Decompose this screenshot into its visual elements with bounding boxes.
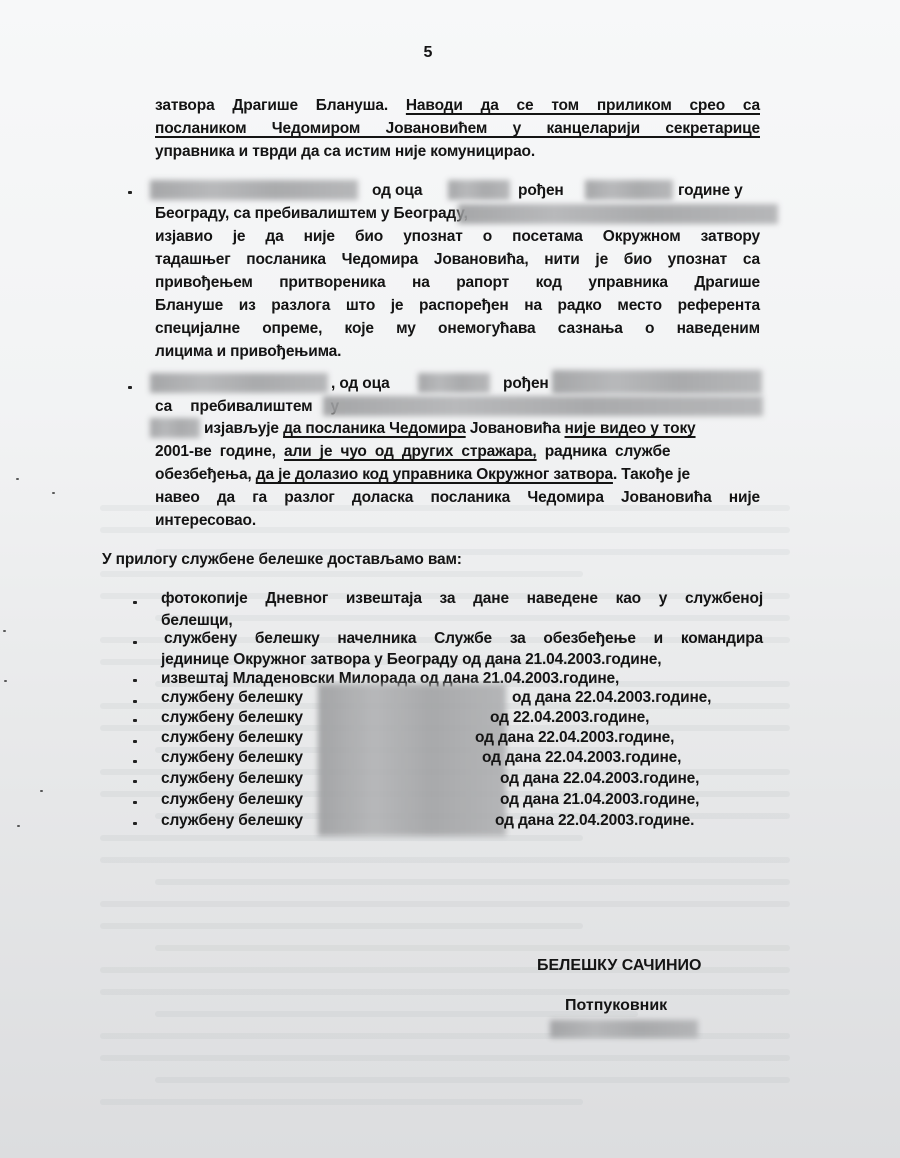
statement-2-line-5: обезбеђења, да је долазио код управника … [155,466,690,484]
scan-speck [4,680,7,682]
intro-line-3: управника и тврди да са истим није комун… [155,143,535,161]
scan-speck [52,492,55,494]
document-page: 5 затвора Драгише Блануша. Наводи да се … [0,0,900,1158]
page-number: 5 [0,44,856,62]
bullet-icon [133,822,137,825]
bullet-icon [133,679,137,682]
redacted-birth-date [585,180,673,200]
redacted-address [458,204,778,224]
bullet-icon [133,760,137,763]
list-item: фотокопије Дневног извештаја за дане нав… [161,590,763,608]
redacted-birth-info [552,370,762,394]
redacted-father-name [418,373,490,393]
list-item: службену белешку [161,791,303,809]
list-item: службену белешку [161,749,303,767]
bullet-icon [133,641,137,644]
bullet-icon [133,740,137,743]
bullet-icon [133,700,137,703]
bullet-icon [128,386,132,389]
scan-speck [3,630,6,632]
scan-speck [40,790,43,792]
redacted-city [150,418,200,438]
list-item: службену белешку [161,770,303,788]
redacted-names-block [318,684,506,836]
bullet-icon [133,801,137,804]
bullet-icon [133,719,137,722]
list-item: службену белешку начелника Службе за обе… [164,630,763,648]
redacted-name [150,373,328,393]
list-item: службену белешку [161,812,303,830]
attachments-heading: У прилогу службене белешке достављамо ва… [102,551,462,569]
statement-2-line-4: 2001-ве године, али је чуо од других стр… [155,443,670,461]
bullet-icon [133,780,137,783]
redacted-name [150,180,358,200]
statement-2-line-3: изјављује да посланика Чедомира Јованови… [204,420,696,438]
list-item: службену белешку [161,689,303,707]
signature-title: БЕЛЕШКУ САЧИНИО [537,957,701,975]
redacted-signatory-name [550,1020,698,1038]
scan-speck [16,478,19,480]
list-item: службену белешку [161,709,303,727]
bullet-icon [128,191,132,194]
redacted-father-name [448,180,510,200]
list-item: службену белешку [161,729,303,747]
redacted-address [323,396,763,416]
scan-speck [17,825,20,827]
signature-rank: Потпуковник [565,997,667,1015]
bullet-icon [133,601,137,604]
underlined-text: Наводи да се том приликом срео са [406,97,760,114]
intro-line-1: затвора Драгише Блануша. Наводи да се то… [155,97,760,115]
intro-line-2: послаником Чедомиром Јовановићем у канце… [155,120,760,138]
